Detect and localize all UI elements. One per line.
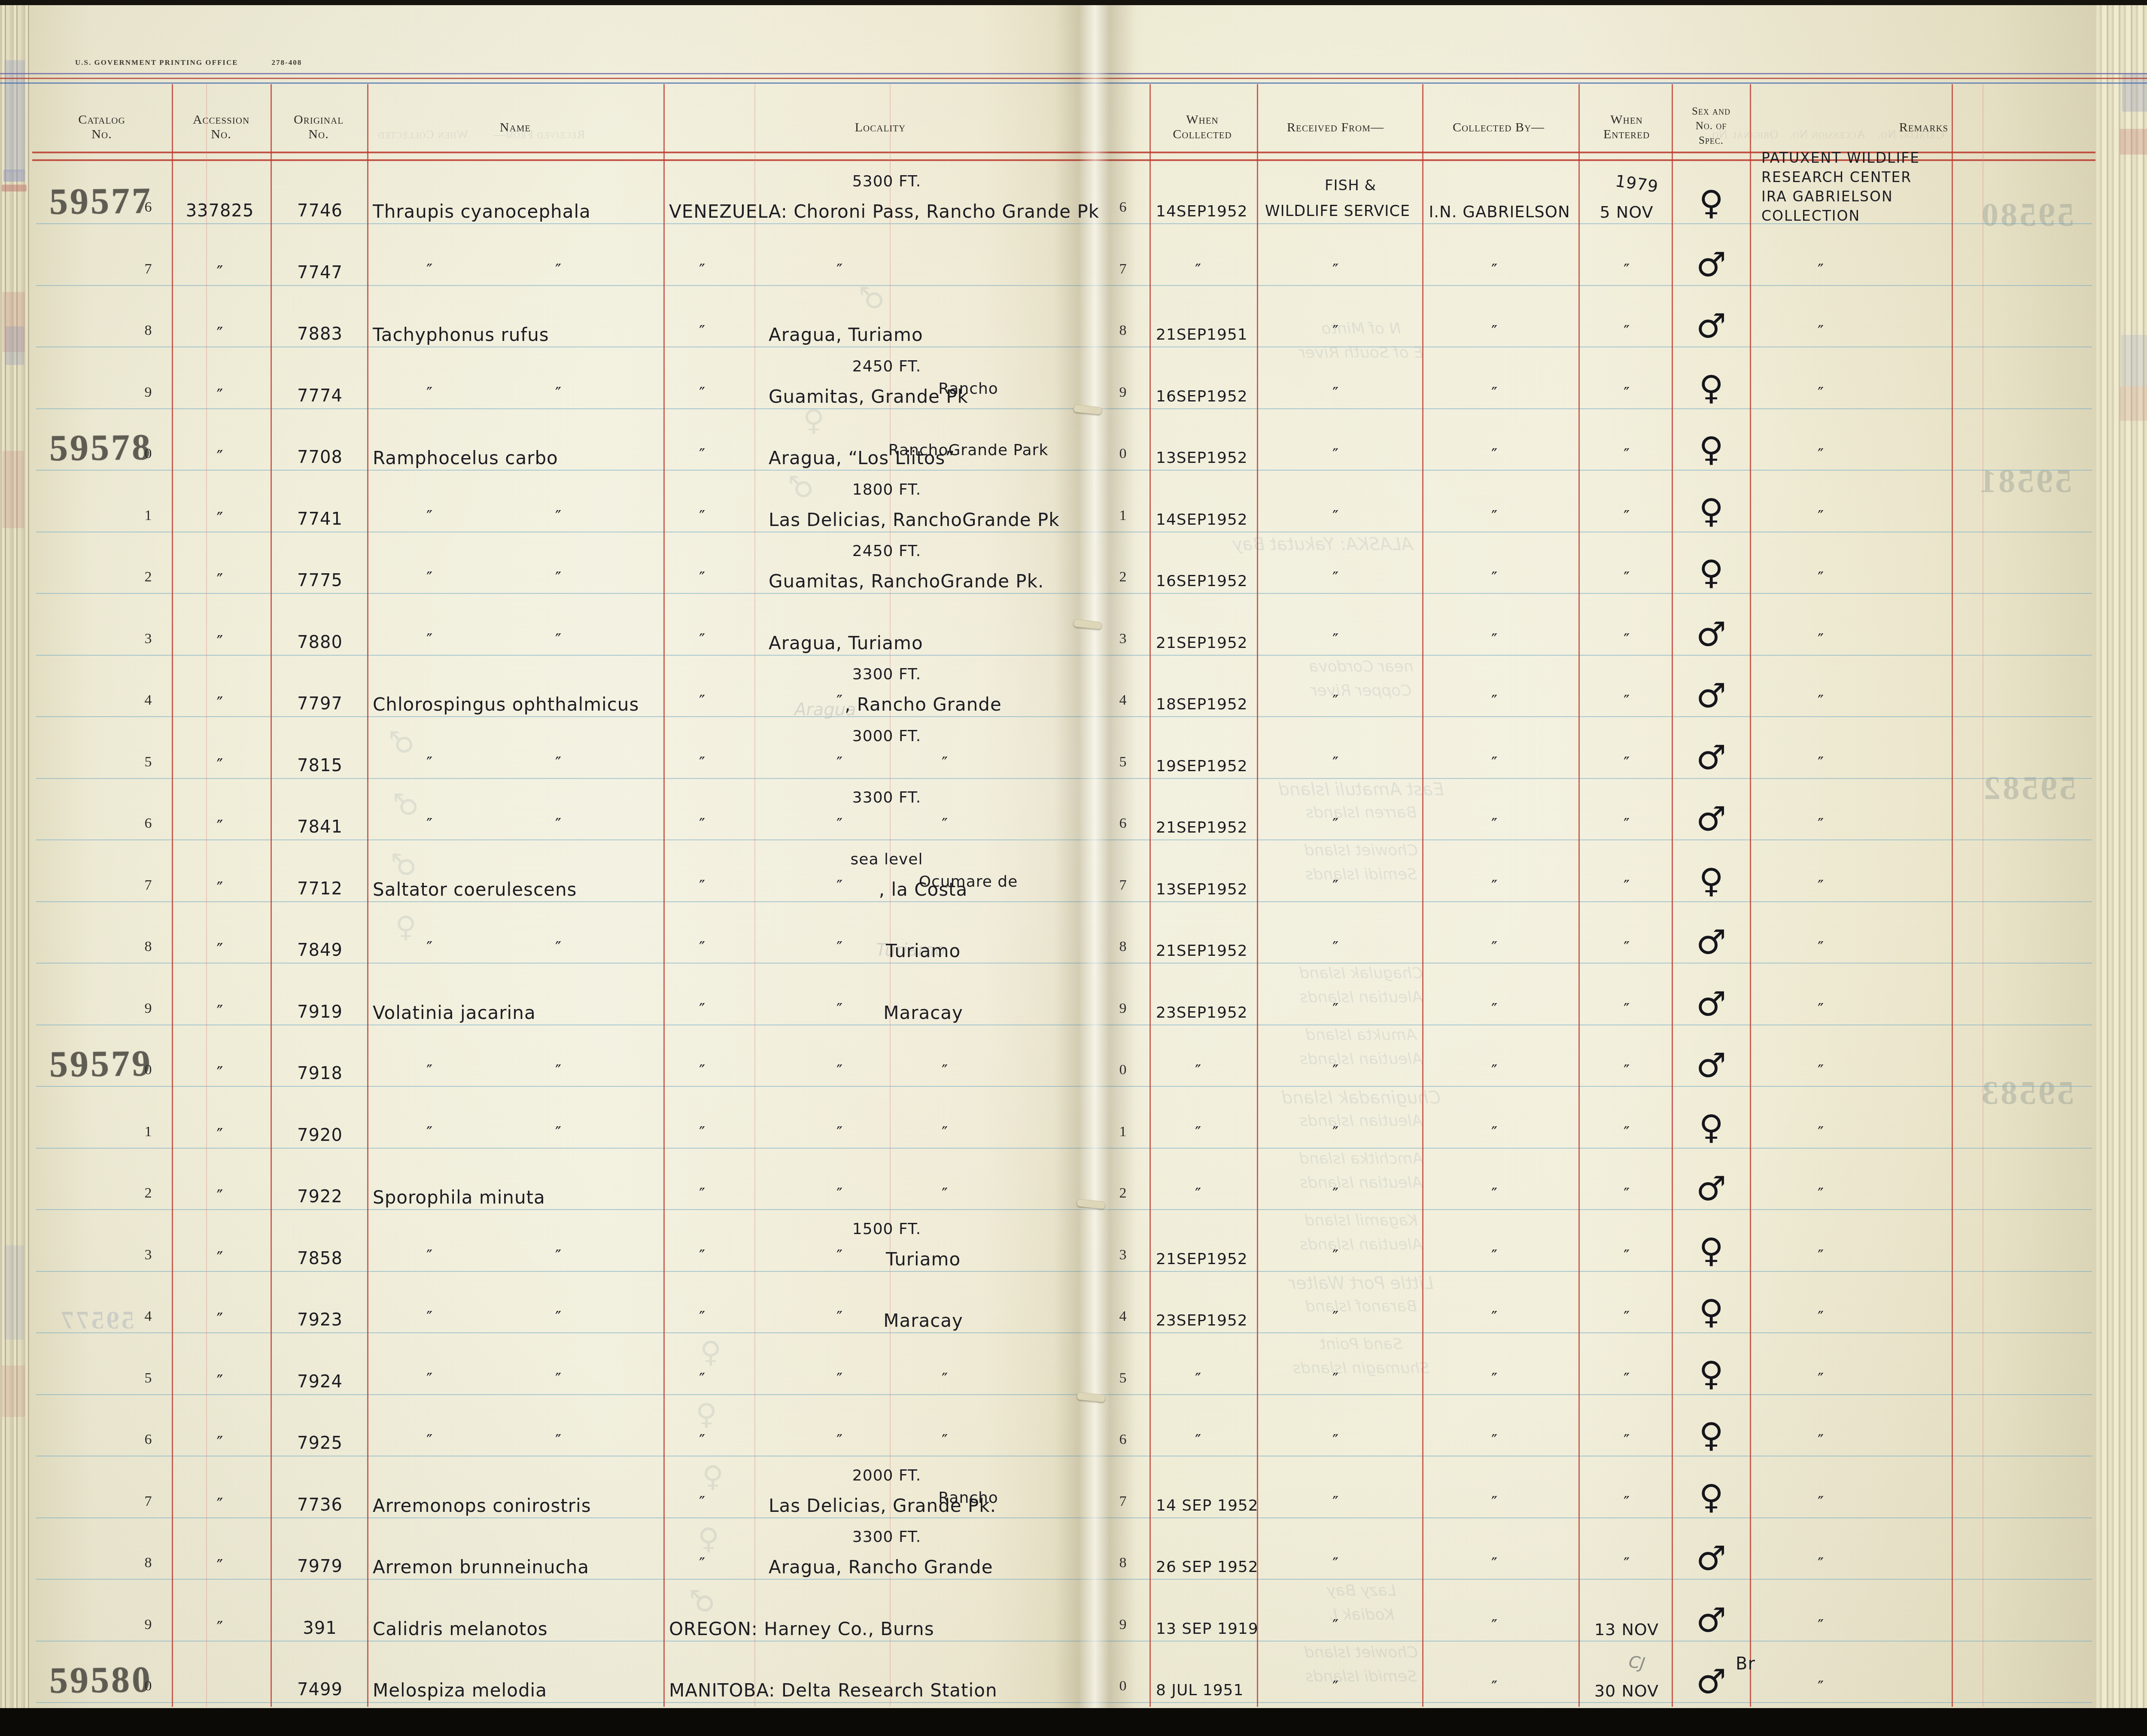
original-number: 7849 [297,940,343,960]
locality-ditto: ″ [942,815,948,833]
when-entered-note: CJ [1627,1652,1646,1673]
ghost-pencil-text: East Amatuli Island [1279,780,1444,800]
locality-ditto: ″ [699,1431,705,1450]
row-unit-digit: 8 [1119,939,1127,955]
when-entered-value: 30 NOV [1594,1681,1659,1700]
accession-ditto: ″ [217,1249,223,1268]
locality-value: Maracay [883,1002,963,1023]
original-number: 7747 [297,263,343,283]
accession-ditto: ″ [217,1002,223,1022]
original-number: 7922 [297,1187,343,1207]
ghost-pencil-text: Aleutian Islands [1300,1174,1423,1192]
original-number: 7741 [297,509,343,529]
collected-by-ditto: ″ [1491,753,1497,772]
when-entered-ditto: ″ [1624,876,1630,895]
species-name: Melospiza melodia [373,1680,547,1701]
catalog-subdigit: 8 [145,1555,152,1571]
original-number: 7920 [297,1125,343,1145]
ghost-header-text: When Collected [378,128,468,142]
column-header: Original [294,112,344,127]
sex-symbol: ♀ [1699,1231,1723,1270]
when-entered-ditto: ″ [1624,1554,1630,1573]
name-ditto: ″ [555,507,561,526]
remarks-ditto: ″ [1818,691,1824,710]
name-ditto: ″ [426,1369,432,1388]
sex-symbol: ♀ [1699,553,1723,592]
row-unit-digit: 3 [1119,1247,1127,1263]
locality-altitude-note: 2450 FT. [852,358,921,375]
name-ditto: ″ [555,1061,561,1080]
locality-ditto: ″ [836,753,842,772]
sex-symbol: ♂ [1696,985,1726,1024]
ghost-sex-symbol: ♀ [702,1460,724,1494]
original-number: 7883 [297,324,343,344]
catalog-subdigit: 0 [145,1678,152,1694]
ledger-scan: U.S. GOVERNMENT PRINTING OFFICE278-408 N… [0,0,2147,1736]
collected-by-ditto: ″ [1491,1616,1497,1635]
locality-ditto: ″ [699,1246,705,1265]
catalog-stamp: 59578 [49,426,152,470]
catalog-subdigit: 8 [145,322,152,339]
row-unit-digit: 5 [1119,1370,1127,1386]
locality-value: Turiamo [886,1249,961,1270]
ghost-sex-symbol: ♀ [700,1335,721,1369]
when-entered-ditto: ″ [1624,507,1630,526]
ghost-sex-symbol: ♂ [788,470,814,504]
ghost-pencil-text: Semidi Islands [1305,1668,1417,1685]
remarks-ditto: ″ [1818,322,1824,341]
received-from-value: WILDLIFE SERVICE [1265,203,1410,220]
when-collected-value: 19SEP1952 [1156,757,1248,775]
when-entered-ditto: ″ [1624,938,1630,957]
ghost-pencil-text: Chowiet Island [1305,1644,1418,1661]
original-number: 7925 [297,1433,343,1453]
locality-value: Turiamo [886,940,961,961]
accession-ditto: ″ [217,1372,223,1392]
when-collected-value: 21SEP1952 [1156,942,1248,960]
when-entered-ditto: ″ [1624,1000,1630,1018]
name-ditto: ″ [426,260,432,279]
ghost-pencil-text: Aleutian Islands [1300,988,1423,1006]
name-ditto: ″ [426,938,432,957]
locality-ditto: ″ [699,1000,705,1018]
locality-ditto: ″ [699,1307,705,1326]
remarks-line: COLLECTION [1761,207,1860,224]
when-collected-value: 21SEP1952 [1156,1250,1248,1268]
ghost-pencil-text: Shumagin Islands [1293,1359,1430,1377]
name-ditto: ″ [555,1246,561,1265]
name-ditto: ″ [426,1061,432,1080]
name-ditto: ″ [555,383,561,402]
ledger-content: N of MintoE of South RiverALASKA: Yakuta… [0,0,2147,1736]
locality-ditto: ″ [836,1307,842,1326]
row-unit-digit: 9 [1119,1000,1127,1017]
catalog-subdigit: 0 [145,446,152,462]
name-ditto: ″ [555,815,561,833]
collected-by-ditto: ″ [1491,1123,1497,1142]
when-entered-ditto: ″ [1624,753,1630,772]
ghost-sex-symbol: ♂ [389,726,415,760]
species-name: Sporophila minuta [373,1187,545,1208]
column-rule [1150,84,1151,1707]
locality-ditto: ″ [836,1184,842,1203]
sex-symbol: ♂ [1696,1539,1726,1578]
name-ditto: ″ [426,383,432,402]
ghost-catalog-stamp: 59581 [1977,462,2072,500]
sex-symbol: ♀ [1699,430,1723,469]
original-number: 7858 [297,1249,343,1268]
when-collected-value: 8 JUL 1951 [1156,1681,1244,1699]
ghost-pencil-text: Sand Point [1320,1335,1403,1353]
locality-ditto: ″ [942,1123,948,1142]
sex-symbol: ♂ [1696,307,1726,346]
scan-top-edge [0,0,2147,5]
catalog-stamp: 59580 [49,1658,152,1702]
locality-ditto: ″ [836,260,842,279]
name-ditto: ″ [555,938,561,957]
collected-by-ditto: ″ [1491,1000,1497,1018]
locality-ditto: ″ [836,1431,842,1450]
locality-ditto: ″ [699,938,705,957]
locality-ditto: ″ [836,1000,842,1018]
collected-by-ditto: ″ [1491,260,1497,279]
row-unit-digit: 6 [1119,1432,1127,1448]
when-collected-ditto: ″ [1195,1123,1201,1142]
locality-altitude-note: 2000 FT. [852,1467,921,1484]
sex-symbol: ♂ [1696,615,1726,654]
row-unit-digit: 9 [1119,1617,1127,1633]
remarks-line: IRA GABRIELSON [1761,188,1893,205]
sex-symbol: ♀ [1699,862,1723,900]
name-ditto: ″ [555,260,561,279]
column-header: Accession [193,112,249,127]
row-unit-digit: 1 [1119,1124,1127,1140]
original-number: 7775 [297,571,343,590]
name-ditto: ″ [426,507,432,526]
collected-by-ditto: ″ [1491,568,1497,587]
accession-ditto: ″ [217,263,223,283]
sex-symbol: ♂ [1696,677,1726,715]
ghost-pencil-text: Lazy Bay [1326,1582,1396,1599]
locality-ditto: ″ [699,1123,705,1142]
when-entered-ditto: ″ [1624,322,1630,341]
column-rule [172,84,173,1707]
remarks-ditto: ″ [1818,815,1824,833]
catalog-subdigit: 3 [145,631,152,647]
species-name: Calidris melanotos [373,1618,548,1639]
locality-value: MANITOBA: Delta Research Station [669,1680,997,1701]
name-ditto: ″ [555,630,561,649]
locality-ditto: ″ [699,1061,705,1080]
ghost-pencil-text: Aleutian Islands [1300,1236,1423,1253]
received-from-ditto: ″ [1332,1246,1338,1265]
when-entered-ditto: ″ [1624,630,1630,649]
ghost-catalog-stamp: 59577 [59,1305,134,1335]
remarks-ditto: ″ [1818,1554,1824,1573]
received-from-ditto: ″ [1332,1184,1338,1203]
name-ditto: ″ [426,1431,432,1450]
row-unit-digit: 4 [1119,692,1127,708]
locality-value: VENEZUELA: Choroni Pass, Rancho Grande P… [669,201,1099,222]
when-collected-value: 23SEP1952 [1156,1004,1248,1022]
original-number: 7815 [297,756,343,775]
remarks-ditto: ″ [1818,383,1824,402]
remarks-ditto: ″ [1818,1184,1824,1203]
received-from-ditto: ″ [1332,383,1338,402]
name-ditto: ″ [555,1369,561,1388]
locality-ditto: ″ [699,876,705,895]
ghost-pencil-text: Kagamil Island [1305,1212,1418,1229]
locality-ditto: ″ [699,1184,705,1203]
locality-ditto: ″ [836,691,842,710]
when-collected-value: 26 SEP 1952 [1156,1558,1259,1576]
locality-ditto: ″ [699,1369,705,1388]
column-header: Catalog [78,112,125,127]
sex-symbol: ♂ [1696,1663,1726,1701]
collected-by-value: I.N. GABRIELSON [1429,203,1570,221]
catalog-subdigit: 9 [145,1000,152,1017]
accession-ditto: ″ [217,879,223,899]
remarks-ditto: ″ [1818,568,1824,587]
original-number: 7797 [297,694,343,714]
locality-ditto: ″ [942,1431,948,1450]
received-from-ditto: ″ [1332,1369,1338,1388]
row-unit-digit: 0 [1119,446,1127,462]
catalog-stamp: 59579 [49,1042,152,1086]
locality-ditto: ″ [836,815,842,833]
species-name: Volatinia jacarina [373,1002,536,1023]
column-rule [1578,84,1580,1707]
name-ditto: ″ [555,1123,561,1142]
catalog-subdigit: 9 [145,384,152,401]
when-collected-value: 21SEP1952 [1156,819,1248,836]
original-number: 7979 [297,1557,343,1576]
row-unit-digit: 7 [1119,261,1127,277]
original-number: 7924 [297,1372,343,1392]
remarks-ditto: ″ [1818,753,1824,772]
locality-ditto: ″ [836,938,842,957]
locality-altitude-note: 2450 FT. [852,542,921,560]
accession-ditto: ″ [217,324,223,344]
when-collected-value: 16SEP1952 [1156,388,1248,405]
row-unit-digit: 5 [1119,754,1127,770]
accession-ditto: ″ [217,1557,223,1576]
locality-ditto: ″ [836,876,842,895]
name-ditto: ″ [555,1431,561,1450]
locality-ditto: ″ [836,1246,842,1265]
collected-by-ditto: ″ [1491,445,1497,464]
ghost-pencil-text: Chuginadak Island [1282,1088,1441,1108]
locality-ditto: ″ [836,1369,842,1388]
row-unit-digit: 6 [1119,815,1127,832]
remarks-ditto: ″ [1818,260,1824,279]
column-rule [1750,84,1751,1707]
catalog-subdigit: 6 [145,1432,152,1448]
when-collected-ditto: ″ [1195,1184,1201,1203]
row-unit-digit: 3 [1119,631,1127,647]
name-ditto: ″ [555,1307,561,1326]
sex-symbol: ♀ [1699,1355,1723,1393]
sex-symbol: ♂ [1696,800,1726,839]
ghost-sex-symbol: ♂ [391,848,417,882]
collected-by-ditto: ″ [1491,383,1497,402]
received-from-ditto: ″ [1332,507,1338,526]
locality-ditto: ″ [699,753,705,772]
column-rule [1422,84,1423,1707]
locality-altitude-note: 1500 FT. [852,1220,921,1238]
sex-symbol: ♀ [1699,492,1723,531]
species-name: Chlorospingus ophthalmicus [373,694,639,715]
column-header: No. [211,127,231,142]
ghost-header-text: Accession No. [1789,128,1866,142]
accession-ditto: ″ [217,632,223,652]
name-ditto: ″ [426,1307,432,1326]
remarks-ditto: ″ [1818,1431,1824,1450]
row-unit-digit: 9 [1119,384,1127,401]
locality-altitude-note: 5300 FT. [852,173,921,190]
locality-value: Aragua, Turiamo [769,324,923,345]
collected-by-ditto: ″ [1491,1431,1497,1450]
when-collected-ditto: ″ [1195,1369,1201,1388]
remarks-ditto: ″ [1818,1246,1824,1265]
ghost-sex-symbol: ♂ [393,788,419,822]
column-rule [1672,84,1673,1707]
remarks-ditto: ″ [1818,1123,1824,1142]
catalog-subdigit: 3 [145,1247,152,1263]
locality-value: Guamitas, Grande Pk [769,386,968,407]
name-ditto: ″ [555,568,561,587]
original-number: 391 [303,1618,337,1638]
when-entered-note: 1979 [1614,171,1660,196]
original-number: 7923 [297,1310,343,1330]
original-number: 7708 [297,447,343,467]
sex-symbol: ♂ [1696,1170,1726,1208]
catalog-subdigit: 5 [145,1370,152,1386]
sex-symbol: ♂ [1696,1046,1726,1085]
original-number: 7499 [297,1680,343,1700]
catalog-stamp: 59577 [49,179,152,223]
accession-ditto: ″ [217,817,223,837]
ghost-catalog-stamp: 59583 [1980,1073,2074,1112]
received-from-ditto: ″ [1332,1554,1338,1573]
when-entered-ditto: ″ [1624,815,1630,833]
when-entered-ditto: ″ [1624,1307,1630,1326]
remarks-line: PATUXENT WILDLIFE [1761,149,1920,166]
catalog-subdigit: 6 [145,815,152,832]
sex-count-note: Br [1736,1654,1755,1674]
accession-ditto: ″ [217,509,223,529]
accession-ditto: ″ [217,1125,223,1145]
species-name: Arremon brunneinucha [373,1557,589,1578]
locality-ditto: ″ [836,1123,842,1142]
row-unit-digit: 6 [1119,199,1127,216]
ghost-catalog-stamp: 59580 [1980,195,2074,234]
column-rule-bleed [1983,84,1983,1707]
catalog-subdigit: 7 [145,261,152,277]
when-entered-ditto: ″ [1624,691,1630,710]
catalog-subdigit: 8 [145,939,152,955]
catalog-subdigit: 0 [145,1062,152,1078]
catalog-subdigit: 4 [145,1308,152,1325]
received-from-ditto: ″ [1332,1061,1338,1080]
when-entered-ditto: ″ [1624,1369,1630,1388]
remarks-ditto: ″ [1818,1307,1824,1326]
locality-ditto: ″ [699,1554,705,1573]
received-from-ditto: ″ [1332,322,1338,341]
when-collected-ditto: ″ [1195,1431,1201,1450]
received-from-ditto: ″ [1332,568,1338,587]
locality-altitude-note: 3300 FT. [852,789,921,806]
locality-ditto: ″ [699,507,705,526]
row-unit-digit: 7 [1119,877,1127,894]
catalog-subdigit: 6 [145,199,152,216]
accession-ditto: ″ [217,1495,223,1515]
original-number: 7918 [297,1064,343,1083]
ghost-sex-symbol: ♂ [689,1584,715,1618]
ghost-pencil-text: near Cordova [1309,658,1413,675]
collected-by-ditto: ″ [1491,1307,1497,1326]
scan-bottom-edge [0,1708,2147,1736]
row-unit-digit: 0 [1119,1062,1127,1078]
column-header: Name [500,120,531,135]
sex-symbol: ♀ [1699,1108,1723,1147]
collected-by-ditto: ″ [1491,691,1497,710]
name-ditto: ″ [426,1246,432,1265]
received-from-ditto: ″ [1332,260,1338,279]
catalog-subdigit: 9 [145,1617,152,1633]
column-header: Entered [1603,127,1650,142]
column-header: No. of [1696,120,1727,132]
column-rule [663,84,665,1707]
remarks-ditto: ″ [1818,1369,1824,1388]
column-header: Sex and [1692,106,1730,118]
when-entered-ditto: ″ [1624,1184,1630,1203]
when-collected-value: 21SEP1952 [1156,634,1248,652]
when-entered-ditto: ″ [1624,445,1630,464]
received-from-ditto: ″ [1332,938,1338,957]
collected-by-ditto: ″ [1491,1184,1497,1203]
locality-ditto: ″ [699,383,705,402]
original-number: 7919 [297,1002,343,1022]
species-name: Thraupis cyanocephala [373,201,591,222]
catalog-subdigit: 1 [145,1124,152,1140]
when-collected-ditto: ″ [1195,260,1201,279]
ghost-pencil-text: Semidi Islands [1305,866,1417,883]
locality-value: OREGON: Harney Co., Burns [669,1618,934,1639]
remarks-ditto: ″ [1818,876,1824,895]
locality-value: Aragua, Rancho Grande [769,1557,993,1578]
accession-ditto: ″ [217,1187,223,1207]
name-ditto: ″ [426,568,432,587]
column-header: Locality [855,120,906,135]
collected-by-ditto: ″ [1491,1677,1497,1696]
ghost-sex-symbol: ♀ [696,1398,717,1432]
when-collected-value: 13SEP1952 [1156,449,1248,467]
ghost-pencil-text: Little Port Walter [1289,1274,1433,1293]
ghost-pencil-text: Chagulak Island [1299,964,1423,982]
locality-ditto: ″ [942,753,948,772]
ghost-pencil-text: ALASKA: Yakutat Bay [1232,535,1413,554]
when-collected-value: 18SEP1952 [1156,696,1248,713]
locality-ditto: ″ [699,1493,705,1511]
locality-ditto: ″ [836,1061,842,1080]
when-collected-value: 14 SEP 1952 [1156,1497,1259,1514]
column-header: Collected [1173,127,1232,142]
locality-ditto: ″ [942,1061,948,1080]
collected-by-ditto: ″ [1491,1061,1497,1080]
remarks-ditto: ″ [1818,445,1824,464]
when-collected-value: 13SEP1952 [1156,881,1248,898]
